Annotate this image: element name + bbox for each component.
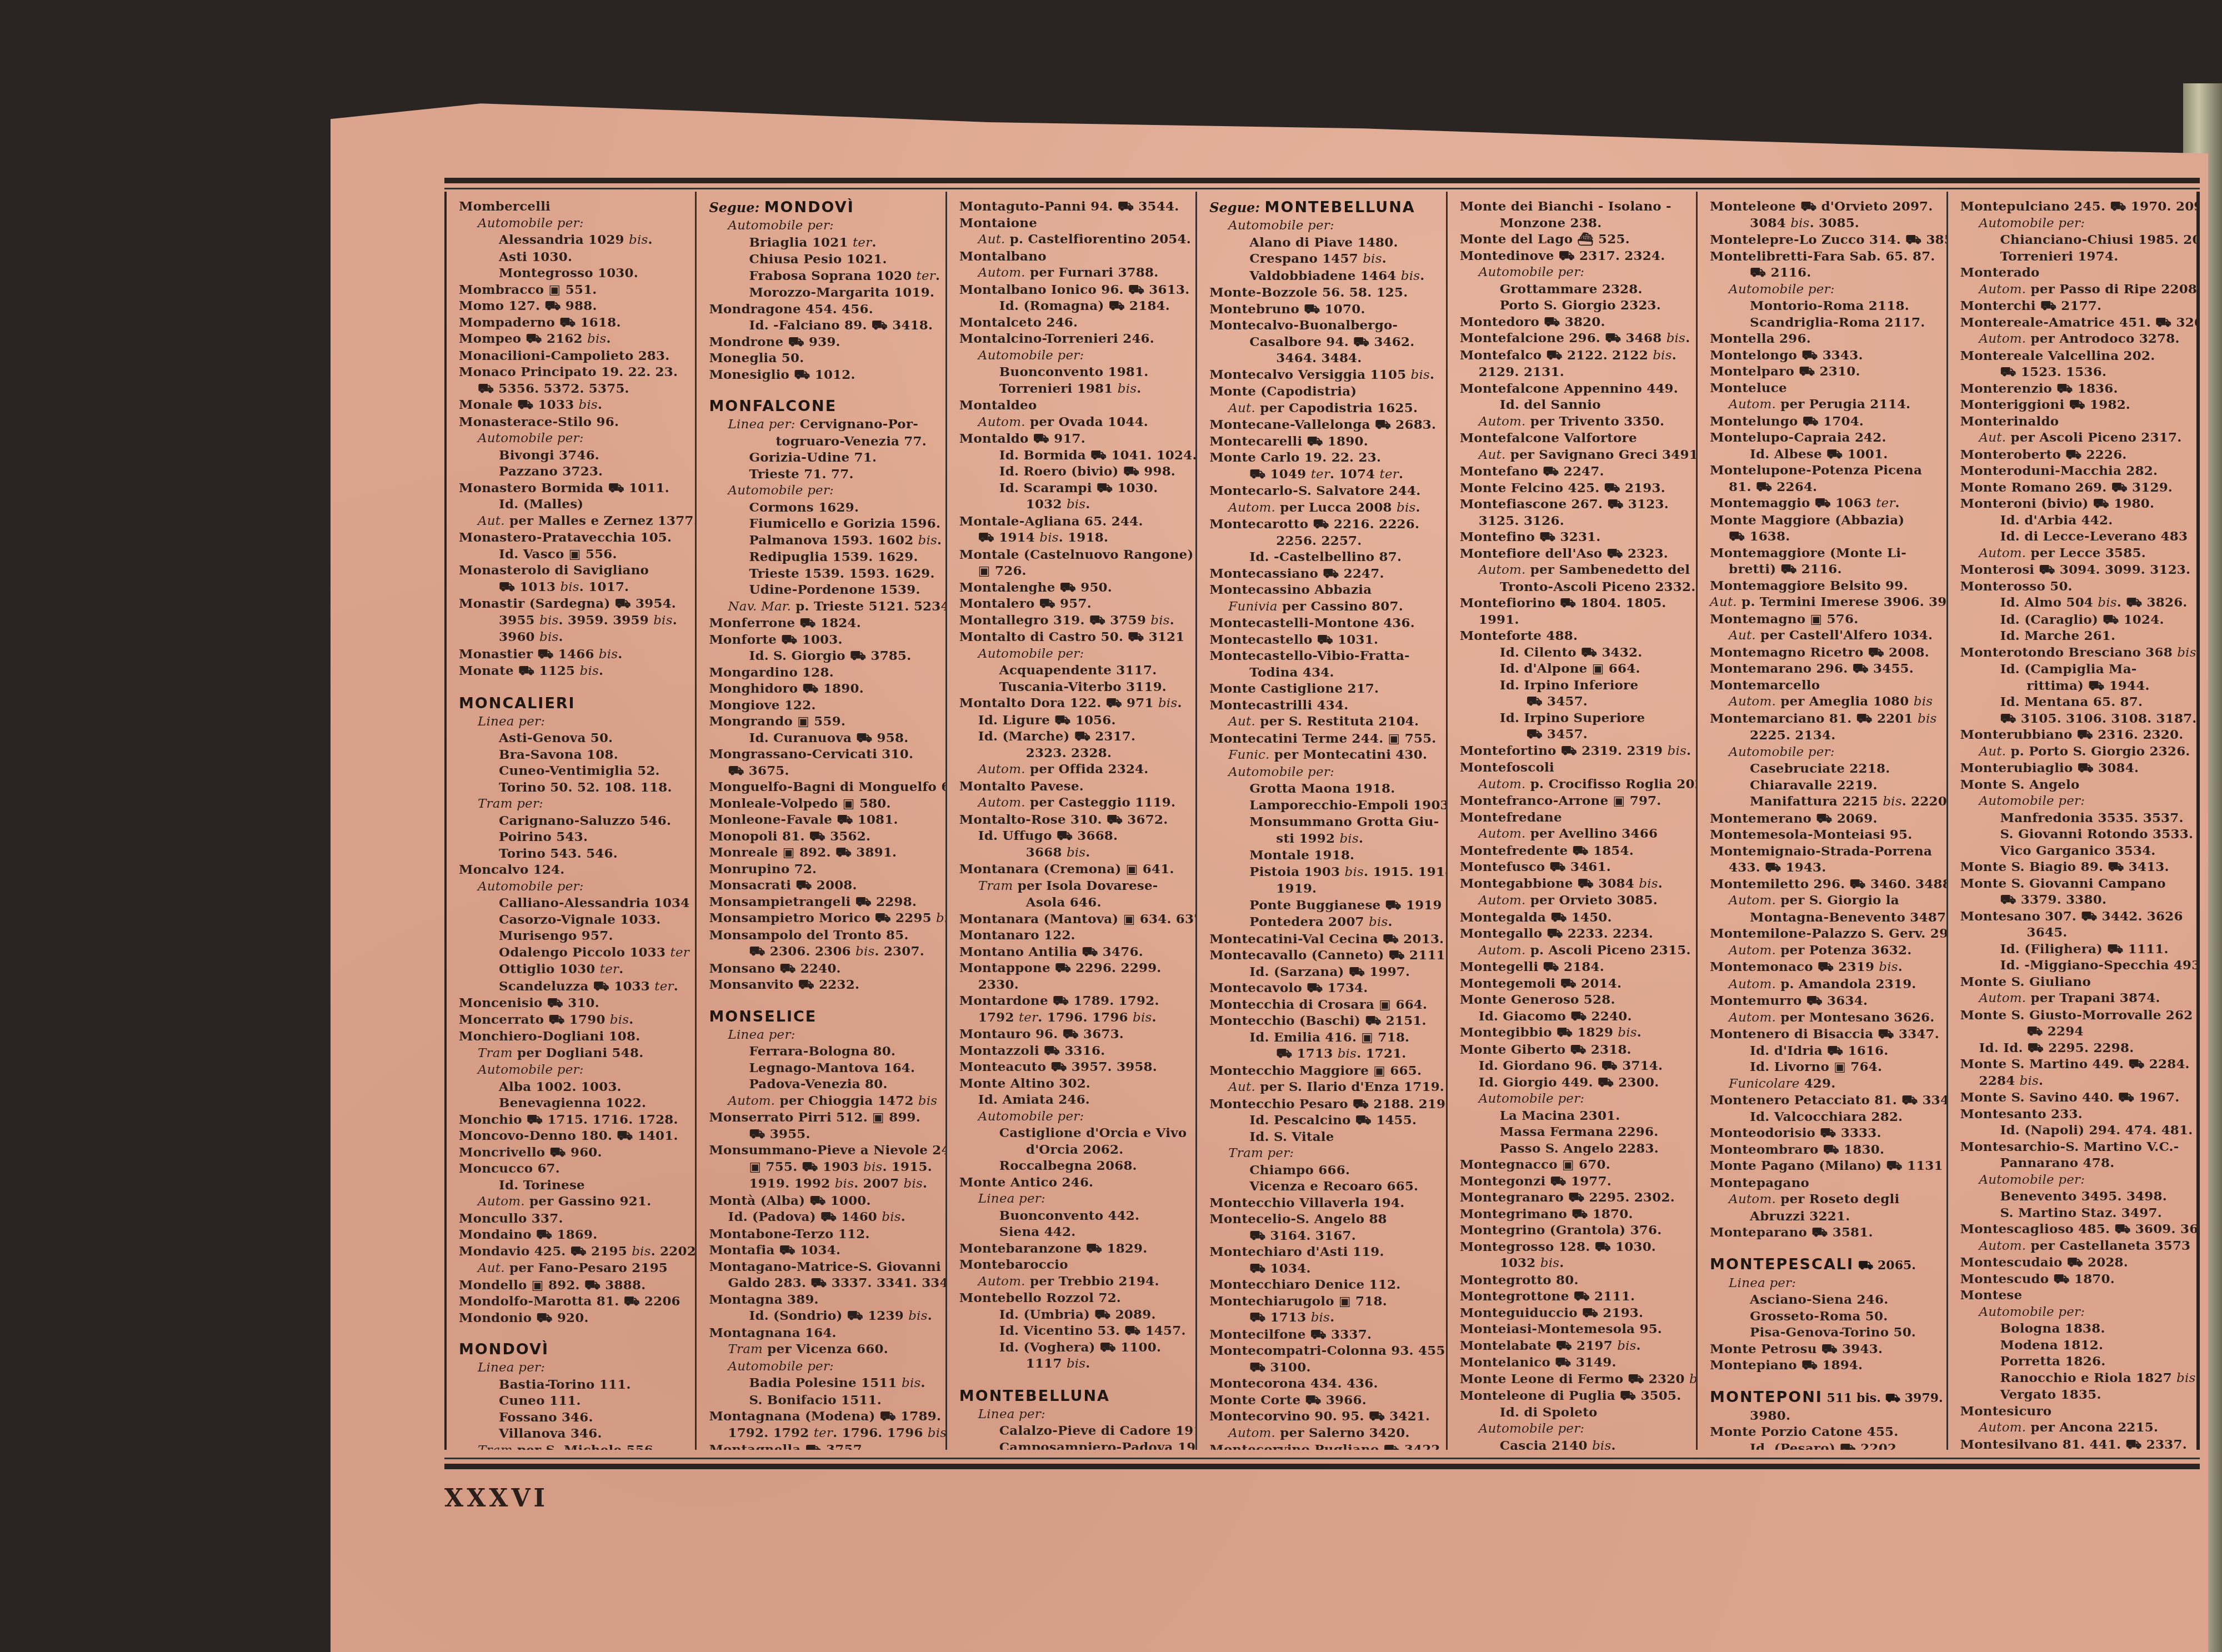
index-entry: Monchio ⛟ 1715. 1716. 1728. [459, 1112, 688, 1128]
index-subentry: 1117 bis. [959, 1355, 1189, 1373]
index-subentry: Automobile per: [709, 217, 938, 234]
index-subentry: Todina 434. [1209, 664, 1439, 681]
index-subentry: Aut. per Castell'Alfero 1034. [1710, 627, 1939, 644]
index-subentry: Automobile per: [1960, 1172, 2190, 1189]
index-entry: Montesarchio-S. Martino V.C.- [1960, 1139, 2190, 1155]
index-entry: Monale ⛟ 1033 bis. [459, 397, 688, 414]
index-entry: Montelibretti-Fara Sab. 65. 87. [1710, 248, 1939, 265]
index-entry: Moncrivello ⛟ 960. [459, 1144, 688, 1161]
index-subentry: Alba 1002. 1003. [459, 1079, 688, 1095]
index-subentry: Id. Mentana 65. 87. [1960, 694, 2190, 710]
index-subentry: Frabosa Soprana 1020 ter. [709, 268, 938, 285]
index-entry: Monteleone di Puglia ⛟ 3505. [1460, 1388, 1689, 1404]
index-subentry: Id. (Marche) ⛟ 2317. [959, 728, 1189, 745]
section-heading: Segue: MONDOVÌ [709, 198, 938, 217]
index-entry: Montecchio Maggiore ▣ 665. [1209, 1063, 1439, 1079]
index-entry: Monterinaldo [1960, 413, 2190, 430]
index-subentry: Ranocchio e Riola 1827 bis [1960, 1370, 2190, 1387]
index-entry: Montemilone-Palazzo S. Gerv. 297 [1710, 925, 1939, 942]
index-subentry: Autom. per Passo di Ripe 2208 [1960, 281, 2190, 298]
index-subentry: 1792. 1792 ter. 1796. 1796 bis. [709, 1425, 938, 1442]
index-subentry: Casebruciate 2218. [1710, 760, 1939, 777]
index-subentry: Chianciano-Chiusi 1985. 2098. [1960, 232, 2190, 248]
index-entry: Montalenghe ⛟ 950. [959, 579, 1189, 596]
index-entry: Monteroni (bivio) ⛟ 1980. [1960, 495, 2190, 512]
index-entry: Monsacrati ⛟ 2008. [709, 877, 938, 894]
index-subentry: Id. (Umbria) ⛟ 2089. [959, 1306, 1189, 1323]
index-entry: Montedinove ⛟ 2317. 2324. [1460, 248, 1689, 264]
index-entry: Montaldo ⛟ 917. [959, 430, 1189, 447]
index-entry: Montecastrilli 434. [1209, 697, 1439, 714]
index-subentry: Manifattura 2215 bis. 2220. [1710, 793, 1939, 810]
index-entry: Montegrosso 128. ⛟ 1030. [1460, 1239, 1689, 1255]
index-subentry: Chiaravalle 2219. [1710, 777, 1939, 794]
index-entry: Mondello ▣ 892. ⛟ 3888. [459, 1277, 688, 1294]
index-entry: Mombercelli [459, 198, 688, 215]
index-entry: Monte Giberto ⛟ 2318. [1460, 1042, 1689, 1058]
index-entry: Montegonzi ⛟ 1977. [1460, 1173, 1689, 1190]
index-subentry: Porretta 1826. [1960, 1353, 2190, 1370]
index-subentry: Montagna-Benevento 3487. [1710, 909, 1939, 926]
index-entry: Montefoscoli [1460, 759, 1689, 776]
index-subentry: Id. Marche 261. [1960, 628, 2190, 644]
index-entry: Montegrino (Grantola) 376. [1460, 1222, 1689, 1239]
index-entry: Mompeo ⛟ 2162 bis. [459, 331, 688, 348]
index-subentry: 2284 bis. [1960, 1073, 2190, 1090]
index-subentry: Porto S. Giorgio 2323. [1460, 297, 1689, 314]
index-subentry: Camposampiero-Padova 191 [959, 1439, 1189, 1450]
index-subentry: Automobile per: [1209, 217, 1439, 234]
index-subentry: Automobile per: [709, 482, 938, 499]
index-subentry: 3955 bis. 3959. 3959 bis. [459, 612, 688, 629]
index-subentry: togruaro-Venezia 77. [709, 433, 938, 450]
index-entry: Montemagno ▣ 576. [1710, 611, 1939, 628]
index-subentry: Automobile per: [1710, 281, 1939, 298]
index-entry: Montefortino ⛟ 2319. 2319 bis. [1460, 743, 1689, 760]
index-subentry: ⛟ 3457. [1460, 693, 1689, 710]
index-subentry: Buonconvento 1981. [959, 364, 1189, 381]
index-subentry: Autom. per Antrodoco 3278. [1960, 331, 2190, 348]
index-entry: Montalto-Rose 310. ⛟ 3672. [959, 812, 1189, 828]
index-subentry: Fossano 346. [459, 1409, 688, 1426]
index-subentry: Tram per Isola Dovarese- [959, 878, 1189, 895]
index-subentry: Asti 1030. [459, 249, 688, 266]
index-entry: Montegallo ⛟ 2233. 2234. [1460, 925, 1689, 942]
index-subentry: Torino 50. 52. 108. 118. [459, 779, 688, 796]
index-subentry: Pazzano 3723. [459, 463, 688, 480]
index-subentry: Bastia-Torino 111. [459, 1376, 688, 1393]
index-subentry: Id. (Campiglia Ma- [1960, 661, 2190, 678]
index-subentry: Montorio-Roma 2118. [1710, 298, 1939, 314]
index-entry: Monreale ▣ 892. ⛟ 3891. [709, 844, 938, 861]
index-entry: Mondavio 425. ⛟ 2195 bis. 2202 [459, 1243, 688, 1260]
index-entry: Monaco Principato 19. 22. 23. [459, 364, 688, 381]
index-entry: Monterotondo Bresciano 368 bis. [1960, 644, 2190, 662]
index-subentry: 1991. [1460, 612, 1689, 628]
index-subentry: Pistoia 1903 bis. 1915. 1918. [1209, 864, 1439, 881]
index-entry: Monte Generoso 528. [1460, 992, 1689, 1008]
index-entry: Montecastello-Vibio-Fratta- [1209, 648, 1439, 664]
index-entry: Monteroduni-Macchia 282. [1960, 463, 2190, 479]
index-entry: Montabone-Terzo 112. [709, 1226, 938, 1243]
index-entry: Montebruno ⛟ 1070. [1209, 301, 1439, 318]
index-subentry: Autom. per S. Giorgio la [1710, 892, 1939, 909]
index-entry: Montalcino-Torrenieri 246. [959, 331, 1189, 347]
index-subentry: Autom. p. Crocifisso Roglia 2026 [1460, 776, 1689, 793]
index-entry: Montemaggiore (Monte Li- [1710, 545, 1939, 562]
index-entry: Monteacuto ⛟ 3957. 3958. [959, 1059, 1189, 1075]
index-subentry: ⛟ 1049 ter. 1074 ter. [1209, 466, 1439, 483]
index-subentry: 3960 bis. [459, 629, 688, 646]
index-entry: Montelupone-Potenza Picena [1710, 462, 1939, 479]
index-subentry: sti 1992 bis. [1209, 830, 1439, 848]
index-entry: Montecorona 434. 436. [1209, 1375, 1439, 1392]
index-entry: Montefredente ⛟ 1854. [1460, 843, 1689, 859]
index-entry: Monte del Lago ⛴ 525. [1460, 231, 1689, 248]
index-entry: Montazzoli ⛟ 3316. [959, 1043, 1189, 1059]
index-subentry: Id. Curanuova ⛟ 958. [709, 730, 938, 747]
index-subentry: 3084 bis. 3085. [1710, 215, 1939, 232]
index-subentry: Pannarano 478. [1960, 1155, 2190, 1172]
index-entry: Montella 296. [1710, 331, 1939, 347]
index-subentry: 3980. [1710, 1408, 1939, 1424]
index-subentry: Grottammare 2328. [1460, 281, 1689, 298]
index-subentry: Tram per Vicenza 660. [709, 1341, 938, 1358]
index-subentry: Id. (Napoli) 294. 474. 481. [1960, 1122, 2190, 1139]
index-entry: Monteleone ⛟ d'Orvieto 2097. [1710, 198, 1939, 215]
index-subentry: bretti) ⛟ 2116. [1710, 561, 1939, 578]
index-subentry: Id. (Padova) ⛟ 1460 bis. [709, 1209, 938, 1226]
index-subentry: Briaglia 1021 ter. [709, 234, 938, 252]
index-entry: Monsampolo del Tronto 85. [709, 927, 938, 944]
index-subentry: Id. Emilia 416. ▣ 718. [1209, 1029, 1439, 1046]
index-subentry: Id. Uffugo ⛟ 3668. [959, 828, 1189, 844]
index-entry: Montemarciano 81. ⛟ 2201 bis [1710, 710, 1939, 728]
index-entry: Monte Leone di Fermo ⛟ 2320 bis. [1460, 1371, 1689, 1388]
index-entry: Montecarotto ⛟ 2216. 2226. [1209, 516, 1439, 533]
index-entry: Montaldeo [959, 397, 1189, 414]
index-subentry: Automobile per: [959, 645, 1189, 663]
index-entry: Montescaglioso 485. ⛟ 3609. 3610. [1960, 1221, 2190, 1238]
index-subentry: Id. (Sarzana) ⛟ 1997. [1209, 964, 1439, 980]
index-subentry: Valdobbiadene 1464 bis. [1209, 268, 1439, 285]
index-entry: Montefino ⛟ 3231. [1460, 529, 1689, 545]
index-subentry: Bologna 1838. [1960, 1320, 2190, 1337]
index-entry: Montescudo ⛟ 1870. [1960, 1271, 2190, 1288]
index-entry: Montegalda ⛟ 1450. [1460, 909, 1689, 926]
index-subentry: Autom. per Sambenedetto del [1460, 562, 1689, 579]
index-subentry: Id. -Falciano 89. ⛟ 3418. [709, 317, 938, 334]
index-subentry: Morozzo-Margarita 1019. [709, 284, 938, 301]
index-entry: Montesanto 233. [1960, 1106, 2190, 1123]
index-subentry: La Macina 2301. [1460, 1108, 1689, 1124]
index-entry: Montardone ⛟ 1789. 1792. [959, 993, 1189, 1009]
index-entry: Montemaggio ⛟ 1063 ter. [1710, 495, 1939, 512]
index-subentry: Id. Torinese [459, 1177, 688, 1194]
index-subentry: Id. S. Giorgio ⛟ 3785. [709, 648, 938, 664]
index-subentry: Autom. p. Ascoli Piceno 2315. [1460, 942, 1689, 959]
index-subentry: Id. Bormida ⛟ 1041. 1024. [959, 447, 1189, 464]
section-heading: MONSELICE [709, 1008, 938, 1027]
index-entry: Montebaranzone ⛟ 1829. [959, 1240, 1189, 1257]
index-subentry: ⛟ 2116. [1710, 264, 1939, 281]
index-subentry: 2129. 2131. [1460, 364, 1689, 381]
index-entry: Monterchi ⛟ 2177. [1960, 298, 2190, 314]
index-entry: Monte S. Martino 449. ⛟ 2284. [1960, 1056, 2190, 1073]
index-entry: Montale (Castelnuovo Rangone) [959, 547, 1189, 563]
index-subentry: Autom. per Ovada 1044. [959, 414, 1189, 431]
section-heading: MONCALIERI [459, 694, 688, 713]
index-subentry: Grotta Maona 1918. [1209, 780, 1439, 797]
index-entry: Mongrassano-Cervicati 310. [709, 746, 938, 763]
index-subentry: Autom. per Lucca 2008 bis. [1209, 499, 1439, 517]
index-subentry: Palmanova 1593. 1602 bis. [709, 532, 938, 549]
index-entry: Montemesola-Monteiasi 95. [1710, 827, 1939, 843]
index-subentry: Linea per: [459, 1359, 688, 1376]
index-subentry: Id. Ligure ⛟ 1056. [959, 712, 1189, 729]
index-subentry: 1032 bis. [959, 496, 1189, 513]
index-entry: Montelabate ⛟ 2197 bis. [1460, 1338, 1689, 1355]
index-subentry: Monsummano Grotta Giu- [1209, 814, 1439, 830]
index-subentry: Funivia per Cassino 807. [1209, 598, 1439, 615]
index-entry: Montegibbio ⛟ 1829 bis. [1460, 1024, 1689, 1042]
index-subentry: Id. Giordano 96. ⛟ 3714. [1460, 1058, 1689, 1074]
index-entry: Monsanvito ⛟ 2232. [709, 977, 938, 993]
index-entry: Montelongo ⛟ 3343. [1710, 347, 1939, 364]
index-entry: Monacilioni-Campolieto 283. [459, 348, 688, 364]
index-entry: Montelupo-Capraia 242. [1710, 429, 1939, 446]
index-subentry: Id. (Pesaro) ⛟ 2202. [1710, 1440, 1939, 1450]
index-subentry: Calalzo-Pieve di Cadore 191 [959, 1423, 1189, 1439]
index-subentry: ⛟ 1713 bis. 1721. [1209, 1045, 1439, 1063]
index-subentry: Id. S. Vitale [1209, 1129, 1439, 1145]
index-subentry: Tronto-Ascoli Piceno 2332. [1460, 579, 1689, 595]
index-subentry: ⛟ 1914 bis. 1918. [959, 529, 1189, 547]
index-subentry: Tram per: [1209, 1145, 1439, 1162]
index-entry: Monte S. Biagio 89. ⛟ 3413. [1960, 859, 2190, 875]
index-entry: Monte (Capodistria) [1209, 383, 1439, 400]
index-subentry: Automobile per: [1209, 764, 1439, 781]
index-entry: Montauro 96. ⛟ 3673. [959, 1026, 1189, 1043]
index-entry: Mondragone 454. 456. [709, 301, 938, 318]
index-entry: Monchiero-Dogliani 108. [459, 1028, 688, 1045]
index-entry: Monesiglio ⛟ 1012. [709, 367, 938, 383]
page-number: XXXVI [444, 1484, 548, 1513]
index-subentry: Funic. per Montecatini 430. [1209, 747, 1439, 764]
index-subentry: Siena 442. [959, 1224, 1189, 1240]
index-subentry: Linea per: [459, 713, 688, 730]
index-subentry: 3645. [1960, 924, 2190, 941]
index-entry: Montefiascone 267. ⛟ 3123. [1460, 496, 1689, 513]
index-subentry: Automobile per: [1960, 793, 2190, 810]
index-entry: Montanara (Mantova) ▣ 634. 637 [959, 911, 1189, 928]
index-subentry: Aut. per Fano-Pesaro 2195 [459, 1260, 688, 1277]
index-subentry: Tuscania-Viterbo 3119. [959, 679, 1189, 695]
index-entry: Mombracco ▣ 551. [459, 282, 688, 298]
index-entry: Montecompatri-Colonna 93. 455. [1209, 1343, 1439, 1359]
index-entry: Monghidoro ⛟ 1890. [709, 680, 938, 697]
index-subentry: Autom. per Castellaneta 3573 [1960, 1238, 2190, 1255]
index-entry: Mompaderno ⛟ 1618. [459, 314, 688, 331]
index-subentry: S. Giovanni Rotondo 3533. [1960, 826, 2190, 843]
index-subentry: Vico Garganico 3534. [1960, 843, 2190, 859]
index-entry: Monte S. Giusto-Morrovalle 262 [1960, 1007, 2190, 1024]
index-subentry: Villanova 346. [459, 1425, 688, 1442]
index-subentry: d'Orcia 2062. [959, 1142, 1189, 1158]
index-entry: Montegrimano ⛟ 1870. [1460, 1206, 1689, 1223]
index-subentry: 1919. [1209, 880, 1439, 897]
index-entry: Monte dei Bianchi - Isolano - [1460, 198, 1689, 215]
index-entry: Montegrotto 80. [1460, 1272, 1689, 1289]
index-entry: Monopoli 81. ⛟ 3562. [709, 828, 938, 845]
index-subentry: Carignano-Saluzzo 546. [459, 813, 688, 829]
index-subentry: ⛟ 1013 bis. 1017. [459, 579, 688, 596]
index-subentry: 2225. 2134. [1710, 727, 1939, 744]
index-subentry: Id. Irpino Inferiore [1460, 677, 1689, 694]
index-entry: Montefusco ⛟ 3461. [1460, 859, 1689, 875]
index-subentry: Monzone 238. [1460, 215, 1689, 232]
index-entry: Monte Corte ⛟ 3966. [1209, 1392, 1439, 1409]
index-entry: Montenero Petacciato 81. ⛟ 3347. [1710, 1092, 1939, 1109]
index-subentry: Funicolare 429. [1710, 1075, 1939, 1093]
index-entry: Monte Romano 269. ⛟ 3129. [1960, 479, 2190, 496]
index-entry: Monastier ⛟ 1466 bis. [459, 646, 688, 663]
index-subentry: ⛟ 5356. 5372. 5375. [459, 381, 688, 397]
index-entry: Mondolfo-Marotta 81. ⛟ 2206 [459, 1293, 688, 1310]
index-entry: Mondaino ⛟ 1869. [459, 1227, 688, 1243]
index-subentry: Redipuglia 1539. 1629. [709, 549, 938, 565]
index-entry: Monsampietrangeli ⛟ 2298. [709, 894, 938, 910]
index-subentry: Trieste 1539. 1593. 1629. [709, 565, 938, 582]
index-entry: Montemurro ⛟ 3634. [1710, 993, 1939, 1009]
index-entry: Monterosso 50. [1960, 578, 2190, 595]
index-subentry: Automobile per: [1460, 1420, 1689, 1438]
index-subentry: Chiampo 666. [1209, 1162, 1439, 1179]
index-entry: Monleale-Volpedo ▣ 580. [709, 795, 938, 812]
index-subentry: Ottiglio 1030 ter. [459, 961, 688, 978]
index-entry: Montecalvo Versiggia 1105 bis. [1209, 367, 1439, 384]
index-entry: Montechiarugolo ▣ 718. [1209, 1293, 1439, 1310]
index-entry: Montesano 307. ⛟ 3442. 3626 [1960, 908, 2190, 925]
index-entry: Montagnana (Modena) ⛟ 1789. [709, 1408, 938, 1425]
index-entry: Montecorvino Pugliano ⛟ 3422 [1209, 1441, 1439, 1450]
index-entry: Monterubiaglio ⛟ 3084. [1960, 760, 2190, 777]
index-subentry: Autom. per Chioggia 1472 bis [709, 1093, 938, 1110]
index-subentry: ⛟ 3164. 3167. [1209, 1228, 1439, 1244]
column-3: Montaguto-Panni 94. ⛟ 3544.MontaioneAut.… [947, 192, 1197, 1450]
index-subentry: Cuneo-Ventimiglia 52. [459, 763, 688, 779]
index-entry: Monte Castiglione 217. [1209, 680, 1439, 697]
index-subentry: Calliano-Alessandria 1034 [459, 895, 688, 912]
index-subentry: Tram per: [459, 795, 688, 813]
index-subentry: ⛟ 3955. [709, 1126, 938, 1143]
index-entry: Montalbano Ionico 96. ⛟ 3613. [959, 282, 1189, 298]
index-subentry: S. Martino Staz. 3497. [1960, 1205, 2190, 1222]
index-entry: Moncerrato ⛟ 1790 bis. [459, 1012, 688, 1029]
index-entry: Montegabbione ⛟ 3084 bis. [1460, 875, 1689, 893]
index-entry: Montecchia di Crosara ▣ 664. [1209, 997, 1439, 1013]
index-entry: Monastero Bormida ⛟ 1011. [459, 480, 688, 497]
index-subentry: Id. di Spoleto [1460, 1404, 1689, 1421]
index-subentry: Torino 543. 546. [459, 845, 688, 862]
index-subentry: Automobile per: [959, 1108, 1189, 1125]
index-subentry: ⛟ 3100. [1209, 1359, 1439, 1376]
index-entry: Montecastello ⛟ 1031. [1209, 632, 1439, 648]
index-subentry: Aut. p. Castelfiorentino 2054. [959, 231, 1189, 248]
index-subentry: Passo S. Angelo 2283. [1460, 1140, 1689, 1157]
index-subentry: ⛟ 2306. 2306 bis. 2307. [709, 943, 938, 960]
index-subentry: Autom. per Montesano 3626. [1710, 1009, 1939, 1027]
index-entry: Montefredane [1460, 809, 1689, 826]
section-heading: MONTEPESCALI ⛟ 2065. [1710, 1255, 1939, 1275]
index-entry: Mondrone ⛟ 939. [709, 334, 938, 351]
index-entry: Montemarcello [1710, 677, 1939, 694]
index-entry: Montagna 389. [709, 1291, 938, 1308]
index-entry: Monasterolo di Savigliano [459, 562, 688, 579]
section-heading: MONTEPONI 511 bis. ⛟ 3979. [1710, 1388, 1939, 1408]
index-entry: Montano Antilia ⛟ 3476. [959, 944, 1189, 960]
index-entry: Montecilfone ⛟ 3337. [1209, 1326, 1439, 1343]
index-subentry: Id. Giorgio 449. ⛟ 2300. [1460, 1074, 1689, 1091]
index-subentry: Nav. Mar. p. Trieste 5121. 5234 [709, 598, 938, 615]
index-subentry: Massa Fermana 2296. [1460, 1124, 1689, 1140]
index-entry: Montecatini-Val Cecina ⛟ 2013. [1209, 931, 1439, 948]
index-subentry: Id. Amiata 246. [959, 1092, 1189, 1108]
index-entry: Moncenisio ⛟ 310. [459, 995, 688, 1012]
index-subentry: Montale 1918. [1209, 847, 1439, 864]
index-entry: Montalero ⛟ 957. [959, 595, 1189, 612]
index-subentry: Autom. per Offida 2324. [959, 761, 1189, 778]
index-subentry: Autom. per Gassino 921. [459, 1193, 688, 1210]
index-subentry: Linea per: [959, 1406, 1189, 1423]
index-subentry: Abruzzi 3221. [1710, 1208, 1939, 1225]
index-entry: Montecarlo-S. Salvatore 244. [1209, 483, 1439, 499]
index-entry: Monteforte 488. [1460, 628, 1689, 644]
index-entry: Montecarelli ⛟ 1890. [1209, 433, 1439, 450]
index-subentry: Autom. p. Amandola 2319. [1710, 976, 1939, 993]
index-entry: Aut. p. Termini Imerese 3906. 3908. [1710, 594, 1939, 611]
column-4: Segue: MONTEBELLUNAAutomobile per:Alano … [1197, 192, 1447, 1450]
index-entry: Monleone-Favale ⛟ 1081. [709, 812, 938, 828]
index-entry: Montefano ⛟ 2247. [1460, 463, 1689, 480]
index-entry: Monasterace-Stilo 96. [459, 414, 688, 430]
index-subentry: Linea per: Cervignano-Por- [709, 416, 938, 433]
index-subentry: Aut. per Capodistria 1625. [1209, 400, 1439, 417]
index-subentry: Id. Scarampi ⛟ 1030. [959, 480, 1189, 497]
index-subentry: Asola 646. [959, 894, 1189, 911]
index-subentry: Pontedera 2007 bis. [1209, 914, 1439, 931]
index-entry: Monterado [1960, 264, 2190, 281]
index-entry: Montappone ⛟ 2296. 2299. [959, 960, 1189, 977]
column-5: Monte dei Bianchi - Isolano -Monzone 238… [1448, 192, 1698, 1450]
index-subentry: Acquapendente 3117. [959, 662, 1189, 679]
index-entry: Monteriggioni ⛟ 1982. [1960, 397, 2190, 413]
index-subentry: 433. ⛟ 1943. [1710, 859, 1939, 876]
index-subentry: Id. Irpino Superiore [1460, 710, 1689, 727]
index-entry: Monte Felcino 425. ⛟ 2193. [1460, 480, 1689, 497]
index-subentry: Cuneo 111. [459, 1393, 688, 1409]
index-subentry: Aut. per S. Ilario d'Enza 1719. [1209, 1079, 1439, 1096]
index-subentry: Linea per: [959, 1190, 1189, 1208]
section-heading: MONFALCONE [709, 397, 938, 416]
index-entry: Montaguto-Panni 94. ⛟ 3544. [959, 198, 1189, 215]
index-subentry: Automobile per: [709, 1358, 938, 1375]
index-entry: Montemaggiore Belsito 99. [1710, 578, 1939, 594]
index-subentry: 2323. 2328. [959, 745, 1189, 762]
index-entry: Montepiano ⛟ 1894. [1710, 1357, 1939, 1374]
index-subentry: rittima) ⛟ 1944. [1960, 678, 2190, 694]
index-subentry: Linea per: [709, 1027, 938, 1044]
